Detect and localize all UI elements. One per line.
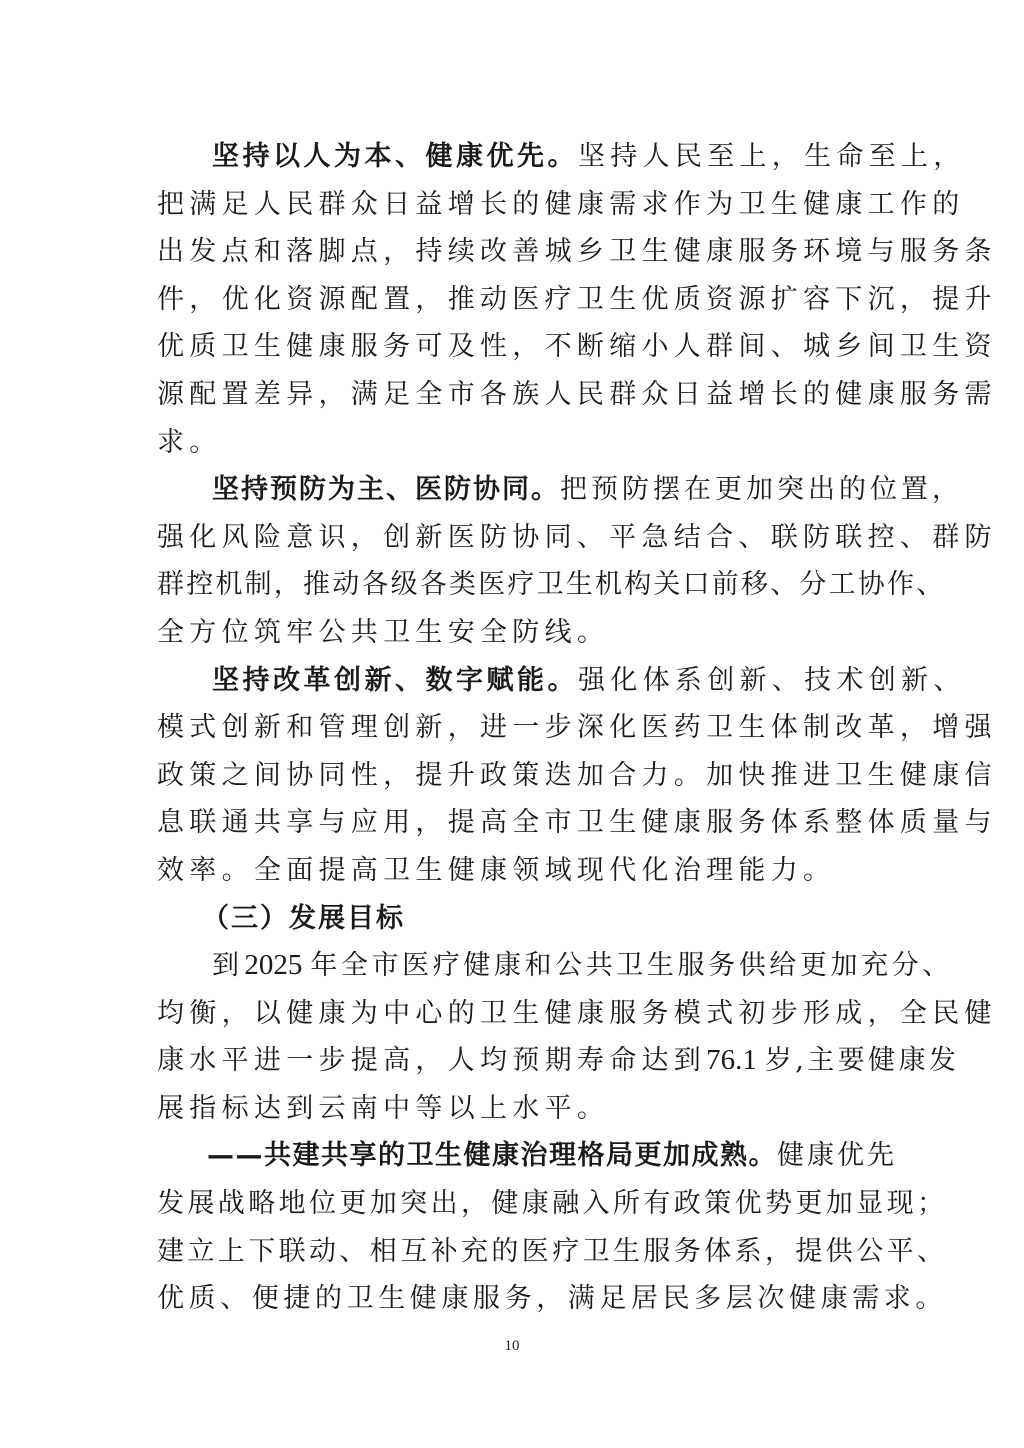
- paragraph-text: 年全市医疗健康和公共卫生服务供给更加充分、: [310, 950, 953, 981]
- page-number: 10: [0, 1338, 1024, 1355]
- paragraph-line: 息联通共享与应用，提高全市卫生健康服务体系整体质量与: [157, 799, 869, 847]
- paragraph-line: 群控机制，推动各级各类医疗卫生机构关口前移、分工协作、: [157, 561, 869, 609]
- paragraph-line: 优质卫生健康服务可及性，不断缩小人群间、城乡间卫生资: [157, 323, 869, 371]
- document-body: 坚持以人为本、健康优先。坚持人民至上，生命至上， 把满足人民群众日益增长的健康需…: [157, 133, 869, 1323]
- paragraph-line: 把满足人民群众日益增长的健康需求作为卫生健康工作的: [157, 181, 869, 229]
- paragraph-line: 建立上下联动、相互补充的医疗卫生服务体系，提供公平、: [157, 1228, 869, 1276]
- paragraph-line: ——共建共享的卫生健康治理格局更加成熟。健康优先: [157, 1132, 869, 1180]
- paragraph-text: 健康优先: [777, 1140, 897, 1171]
- paragraph-lead-bold: 坚持以人为本、健康优先。: [212, 141, 578, 172]
- paragraph-line: 展指标达到云南中等以上水平。: [157, 1085, 869, 1133]
- paragraph-line: 坚持改革创新、数字赋能。强化体系创新、技术创新、: [157, 657, 869, 705]
- paragraph-line: 优质、便捷的卫生健康服务，满足居民多层次健康需求。: [157, 1275, 869, 1323]
- paragraph-line: 政策之间协同性，提升政策迭加合力。加快推进卫生健康信: [157, 752, 869, 800]
- paragraph-line: 全方位筑牢公共卫生安全防线。: [157, 609, 869, 657]
- paragraph-line: 出发点和落脚点，持续改善城乡卫生健康服务环境与服务条: [157, 228, 869, 276]
- paragraph-text: 岁,主要健康发: [765, 1045, 959, 1076]
- paragraph-line: 件，优化资源配置，推动医疗卫生优质资源扩容下沉，提升: [157, 276, 869, 324]
- paragraph-line: 坚持预防为主、医防协同。把预防摆在更加突出的位置，: [157, 466, 869, 514]
- paragraph-line: 效率。全面提高卫生健康领域现代化治理能力。: [157, 847, 869, 895]
- paragraph-text: 坚持人民至上，生命至上，: [578, 141, 966, 172]
- paragraph-line: 康水平进一步提高，人均预期寿命达到76.1岁,主要健康发: [157, 1037, 869, 1085]
- paragraph-line: 到2025年全市医疗健康和公共卫生服务供给更加充分、: [157, 942, 869, 990]
- paragraph-text: 把预防摆在更加突出的位置，: [560, 474, 963, 505]
- section-heading: （三）发展目标: [157, 895, 869, 943]
- paragraph-line: 求。: [157, 419, 869, 467]
- paragraph-line: 强化风险意识，创新医防协同、平急结合、联防联控、群防: [157, 514, 869, 562]
- paragraph-text: 强化体系创新、技术创新、: [578, 665, 966, 696]
- paragraph-line: 模式创新和管理创新，进一步深化医药卫生体制改革，增强: [157, 704, 869, 752]
- paragraph-line: 发展战略地位更加突出，健康融入所有政策优势更加显现；: [157, 1180, 869, 1228]
- year-value: 2025: [244, 949, 302, 981]
- paragraph-lead-bold: 坚持预防为主、医防协同。: [212, 474, 560, 505]
- paragraph-text: 康水平进一步提高，人均预期寿命达到: [157, 1045, 706, 1076]
- paragraph-line: 坚持以人为本、健康优先。坚持人民至上，生命至上，: [157, 133, 869, 181]
- paragraph-lead-bold: 坚持改革创新、数字赋能。: [212, 665, 578, 696]
- paragraph-lead-bold: ——共建共享的卫生健康治理格局更加成熟。: [207, 1140, 777, 1171]
- life-expectancy-value: 76.1: [706, 1044, 757, 1076]
- paragraph-line: 均衡，以健康为中心的卫生健康服务模式初步形成，全民健: [157, 990, 869, 1038]
- paragraph-text: 到: [212, 950, 244, 981]
- paragraph-line: 源配置差异，满足全市各族人民群众日益增长的健康服务需: [157, 371, 869, 419]
